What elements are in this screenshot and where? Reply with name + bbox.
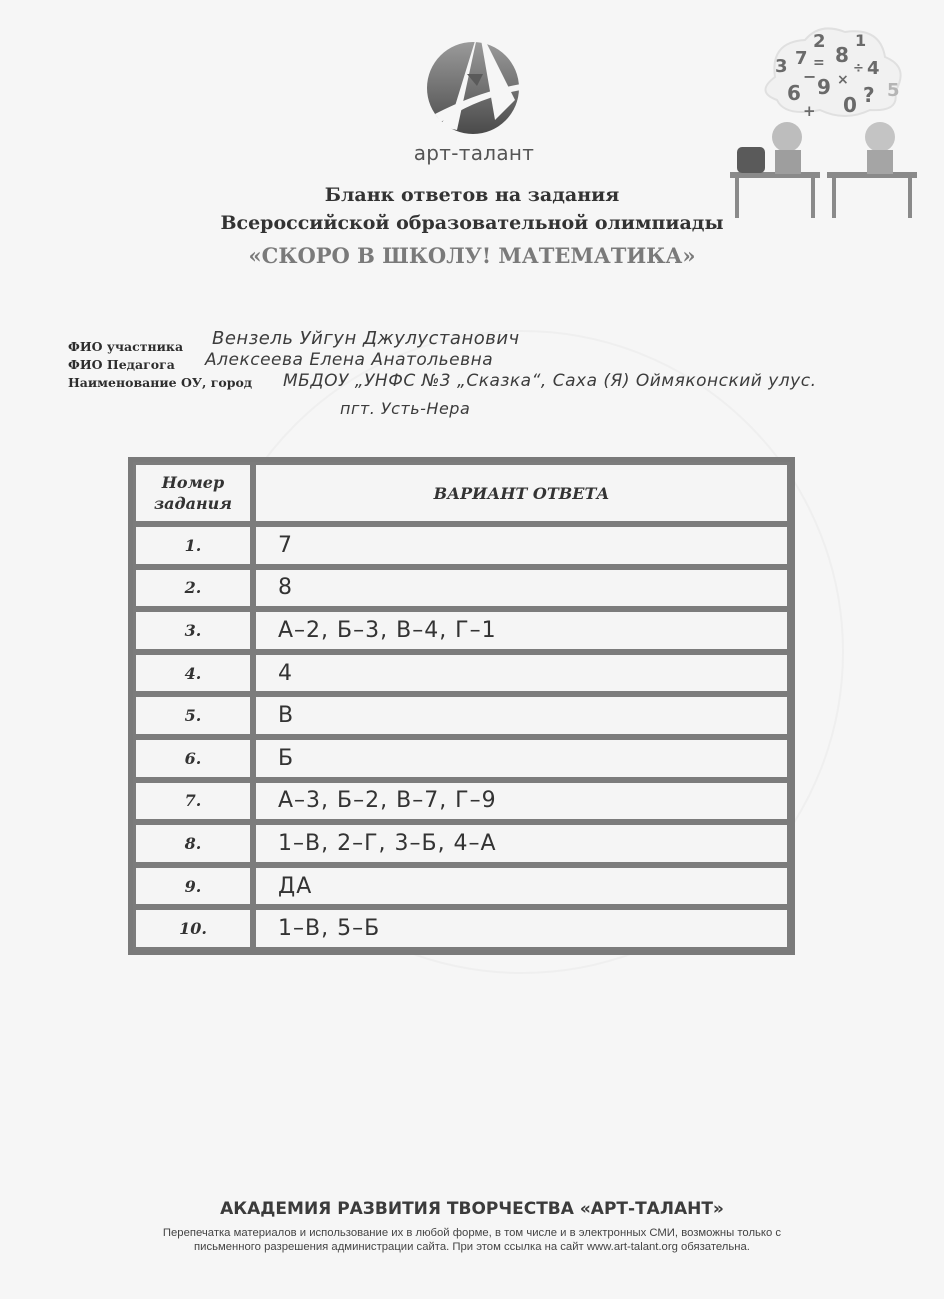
svg-text:8: 8: [835, 43, 849, 67]
participant-name-field[interactable]: Вензель Уйгун Джулустанович: [212, 328, 520, 349]
olympiad-name: «СКОРО В ШКОЛУ! МАТЕМАТИКА»: [0, 243, 944, 268]
answer-cell[interactable]: 8: [253, 567, 790, 610]
answer-cell[interactable]: Б: [253, 737, 790, 780]
school-name-field[interactable]: МБДОУ „УНФС №3 „Сказка“, Саха (Я) Оймяко…: [283, 371, 816, 391]
school-city-field[interactable]: пгт. Усть-Нера: [340, 399, 470, 418]
svg-text:2: 2: [813, 31, 826, 52]
footer-copyright-note: Перепечатка материалов и использование и…: [95, 1226, 849, 1254]
svg-text:7: 7: [795, 48, 808, 69]
task-number: 3.: [133, 609, 253, 652]
form-title-line2: Всероссийской образовательной олимпиады: [0, 212, 944, 234]
teacher-name-field[interactable]: Алексеева Елена Анатольевна: [205, 350, 493, 370]
svg-text:×: ×: [837, 72, 849, 88]
form-title-line1: Бланк ответов на задания: [0, 184, 944, 206]
task-number: 10.: [133, 907, 253, 950]
teacher-label: ФИО Педагога: [68, 357, 175, 372]
task-number: 4.: [133, 652, 253, 695]
svg-text:3: 3: [775, 56, 788, 77]
svg-text:−: −: [803, 67, 816, 86]
art-talant-logo-icon: [417, 26, 529, 138]
svg-text:÷: ÷: [853, 61, 864, 76]
column-header-answer: ВАРИАНТ ОТВЕТА: [253, 462, 790, 524]
svg-text:0: 0: [843, 93, 857, 117]
participant-label: ФИО участника: [68, 339, 183, 354]
column-header-number: Номерзадания: [133, 462, 253, 524]
task-number: 8.: [133, 822, 253, 865]
task-number: 2.: [133, 567, 253, 610]
task-number: 7.: [133, 780, 253, 823]
svg-text:1: 1: [855, 31, 866, 50]
svg-text:5: 5: [887, 80, 900, 101]
svg-text:4: 4: [867, 58, 880, 79]
svg-text:6: 6: [787, 81, 801, 105]
task-number: 5.: [133, 694, 253, 737]
school-label: Наименование ОУ, город: [68, 375, 252, 390]
answer-cell[interactable]: В: [253, 694, 790, 737]
footer-title: АКАДЕМИЯ РАЗВИТИЯ ТВОРЧЕСТВА «АРТ-ТАЛАНТ…: [0, 1199, 944, 1219]
svg-text:+: +: [803, 102, 816, 120]
task-number: 9.: [133, 865, 253, 908]
task-number: 1.: [133, 524, 253, 567]
answer-cell[interactable]: ДА: [253, 865, 790, 908]
answer-cell[interactable]: 1–В, 2–Г, 3–Б, 4–А: [253, 822, 790, 865]
svg-text:?: ?: [863, 83, 875, 107]
answer-cell[interactable]: 7: [253, 524, 790, 567]
answer-cell[interactable]: 4: [253, 652, 790, 695]
logo-text: арт-талант: [400, 141, 548, 165]
answers-table: Номерзадания ВАРИАНТ ОТВЕТА 1. 7 2. 8 3.…: [128, 457, 795, 955]
answer-cell[interactable]: А–2, Б–3, В–4, Г–1: [253, 609, 790, 652]
task-number: 6.: [133, 737, 253, 780]
answer-cell[interactable]: 1–В, 5–Б: [253, 907, 790, 950]
svg-text:9: 9: [817, 75, 831, 99]
answer-cell[interactable]: А–3, Б–2, В–7, Г–9: [253, 780, 790, 823]
